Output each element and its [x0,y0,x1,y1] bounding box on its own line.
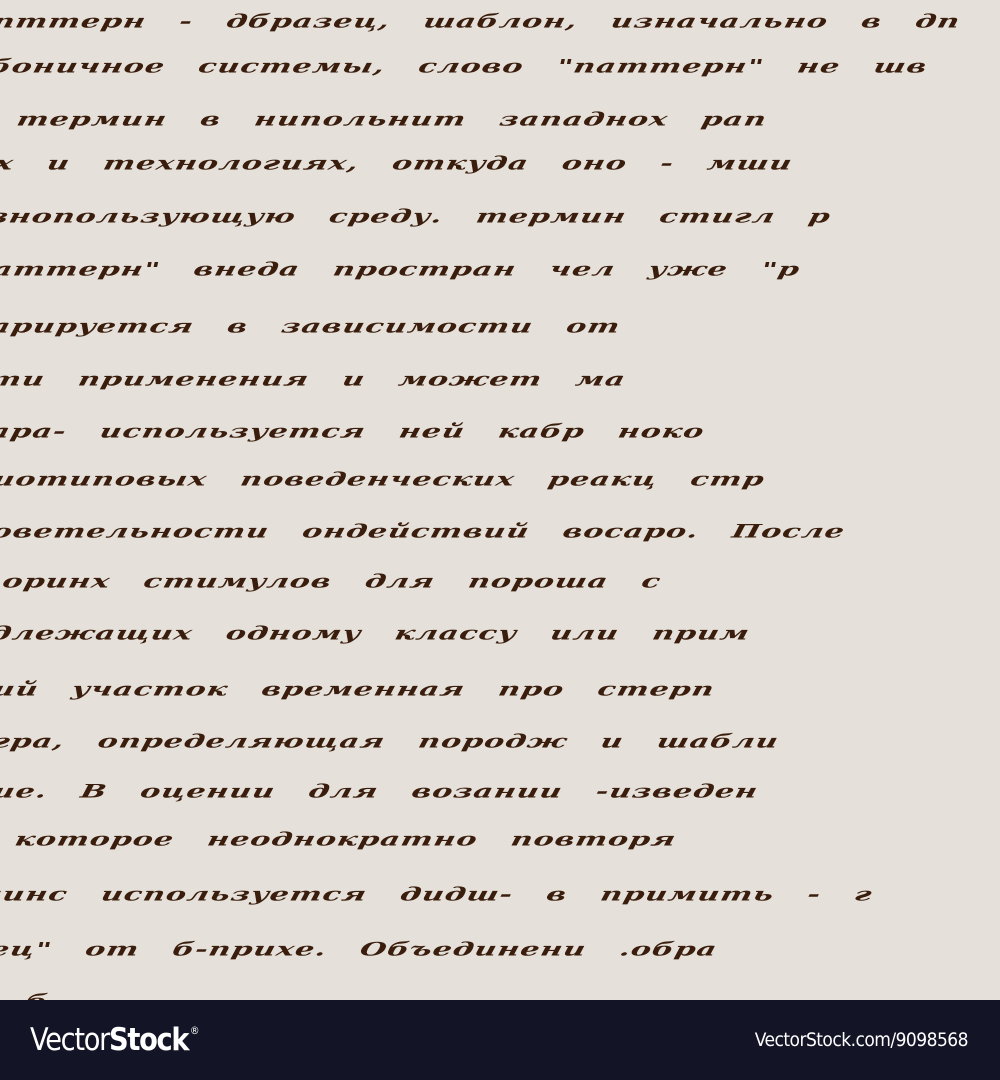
handwriting-line: сбоничное системы, слово "паттерн" не шв [0,55,1000,80]
handwriting-line-partial: д б [0,990,1000,1000]
handwriting-line: сти применения и может ма [0,368,1000,393]
registered-mark-icon: ® [190,1024,200,1037]
handwriting-line: доветельности ондействий восаро. После [0,520,1000,545]
handwriting-line: ний участок временная про стерп [0,678,1000,703]
handwriting-line: паттерн" внеда простран чел уже "р [0,258,1000,283]
handwriting-line: зара- используется ней кабр ноко [0,420,1000,445]
logo-text-bold: Stock [109,1022,188,1058]
handwriting-line: пгра, определяющая породж и шабли [0,730,1000,755]
handwriting-line: - термин в нипольнит западнох рап [0,108,1000,133]
handwriting-line: , которое неоднократно повторя [0,828,1000,853]
handwriting-line: шинс используется дидш- в примить - г [0,883,1000,908]
handwritten-page: ппттерн - дбразец, шаблон, изначально в … [0,0,1000,1000]
handwriting-line: торинх стимулов для пороша с [0,570,1000,595]
logo-text-light: Vector [30,1022,109,1058]
handwriting-line: пиотиповых поведенческих реакц стр [0,468,1000,493]
handwriting-line: ях и технологиях, откуда оно - мши [0,152,1000,177]
handwriting-line: адлежащих одному классу или прим [0,622,1000,647]
handwriting-line: варируется в зависимости от [0,315,1000,340]
handwriting-line: ние. В оцении для возании -изведен [0,780,1000,805]
handwriting-line: узнопользующую среду. термин стигл р [0,205,1000,230]
handwriting-line: зец" от б-прихе. Объединени .обра [0,938,1000,963]
watermark-footer: VectorStock® VectorStock.com/9098568 [0,1000,1000,1080]
image-url: VectorStock.com/9098568 [755,1029,968,1051]
vectorstock-logo: VectorStock® [30,1022,200,1058]
handwriting-line: ппттерн - дбразец, шаблон, изначально в … [0,10,1000,35]
